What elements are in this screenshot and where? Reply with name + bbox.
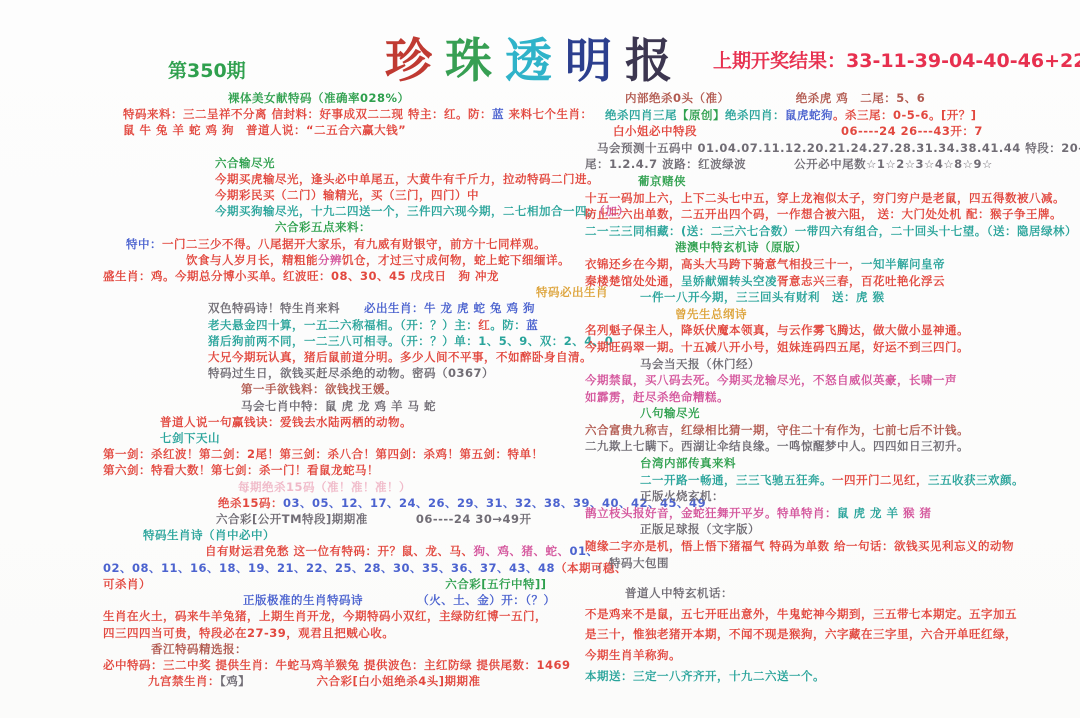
text-segment: 绝杀四肖： xyxy=(725,108,785,122)
text-segment: 白小姐必中特段 xyxy=(613,124,697,138)
text-segment: 一知半解问皇帝 xyxy=(861,257,945,271)
text-segment: 尾：1.2.4.7 波路：红波绿波 xyxy=(585,157,746,171)
text-segment: 葡京赌侠 xyxy=(638,174,686,188)
text-line: 一件一八开今期，三三回头有财利 送：虎 猴 xyxy=(585,289,1077,306)
text-line: 内部绝杀0头（准） 绝杀虎 鸡 二尾：5、6 xyxy=(585,90,1077,107)
text-line: 每期绝杀15码（准！准！准！） xyxy=(103,479,608,495)
text-segment: 大兄今期玩认真，猪后鼠前道分明。多少人间不平事，不如醉卧身自清。 xyxy=(208,350,592,364)
text-segment: 不是鸡来不是鼠，五七开旺出意外，牛鬼蛇神今期到，三五带七本期定。五字加五 xyxy=(585,607,1017,621)
text-line: 今期彩民买（二门）输精光，买（三门，四门）中 xyxy=(103,187,608,203)
text-line: 02、08、11、16、18、19、21、22、25、28、30、35、36、3… xyxy=(103,560,608,576)
text-line: 马会当天报（休门经） xyxy=(585,356,1077,373)
text-segment: 今期旺码翠一期。十五减八开小号，姐妹连码四五尾，好运不到三四门。 xyxy=(585,340,969,354)
issue-number: 第350期 xyxy=(168,56,246,83)
text-segment: 【鸡】 xyxy=(220,674,245,688)
text-line: 白小姐必中特段 06----24 26---43开：7 xyxy=(585,123,1077,140)
text-line: 今期生肖羊称狗。 xyxy=(585,647,1077,664)
text-line: 六合富贵九称吉，红绿相比猜一期，守住二十有作为，七前七后不计钱。 xyxy=(585,422,1077,439)
text-segment: 三五收获三欢颜。 xyxy=(928,473,1024,487)
text-segment xyxy=(746,157,794,171)
text-line: 鹊立枝头报好音，金蛇狂舞开平岁。特单特肖：鼠 虎 龙 羊 猴 猪 xyxy=(585,505,1077,522)
text-line: 自有财运君免愁 这一位有特码：开？鼠、龙、马、狗、鸡、猪、蛇、01、 xyxy=(103,543,608,559)
text-segment: 蓝 xyxy=(526,318,538,332)
text-line: 可杀肖） 六合彩[五行中特]] xyxy=(103,576,608,592)
text-segment: 绝杀虎 鸡 二尾：5、6 xyxy=(796,91,926,105)
text-segment: 台湾内部传真来料 xyxy=(640,456,736,470)
text-segment: 可杀肖） xyxy=(103,577,145,591)
text-line: 今期买狗输尽光，十九二四送一个，三件四六现今期，二七相加合一四。（加） xyxy=(103,203,608,219)
text-line: 特码生肖诗（肖中必中） xyxy=(103,527,608,543)
text-line: 普道人中特玄机话： xyxy=(585,585,1077,602)
text-segment: 马会当天报（休门经） xyxy=(640,357,760,371)
text-segment: 第一剑：杀红波！第二剑：2尾！第三剑：杀八合！第四剑：杀鸡！第五剑：特单！ xyxy=(103,447,544,461)
text-line: 第一手欲钱料：欲钱找王媛。 xyxy=(103,381,608,397)
text-line: 裸体美女献特码（准确率028%） xyxy=(103,90,608,106)
text-segment xyxy=(363,593,423,607)
text-line: 特码过生日，欲钱买赶尽杀绝的动物。密码（0367） xyxy=(103,365,608,381)
text-segment xyxy=(145,577,445,591)
text-segment: 猪后狗前两不同，一二三八可相寻。（开：？）单：1、5、9、双：2、4、0 xyxy=(208,334,613,348)
text-line: 秦楼楚馆处处通，呈娇献媚转头空凌胥意志兴三春，百花吐艳化浮云 xyxy=(585,273,1077,290)
text-line: 六合彩[公开TM特段]期期准 06----24 30→49开 xyxy=(103,511,608,527)
text-segment: 正版火烧玄机： xyxy=(640,489,724,503)
text-segment: 曾先生总纲诗 xyxy=(675,307,747,321)
text-line: 双色特码诗！特生肖来料 必出生肖：牛 龙 虎 蛇 兔 鸡 狗 xyxy=(103,300,608,316)
text-segment: 绝杀四肖三尾 xyxy=(605,108,677,122)
text-line: 名列魁子保主人，降妖伏魔本领真，与云作雾飞腾达，做大做小显神通。 xyxy=(585,322,1077,339)
text-segment: 必出生肖：牛 龙 虎 蛇 兔 鸡 狗 xyxy=(364,301,535,315)
page-title: 珍珠透明报 xyxy=(385,24,685,91)
text-line: 本期送：三定一八齐齐开，十九二六送一个。 xyxy=(585,668,1077,685)
text-segment: 鹊立枝头报好音，金蛇狂舞开平岁。特单特肖： xyxy=(585,506,837,520)
text-segment xyxy=(724,91,796,105)
text-segment: 06----24 26---43开：7 xyxy=(841,124,983,138)
text-segment: 鼠虎蛇狗 xyxy=(785,108,833,122)
text-line: 六合彩五点来料： xyxy=(103,219,608,235)
text-segment: 名列魁子保主人，降妖伏魔本领真，与云作雾飞腾达，做大做小显神通。 xyxy=(585,323,969,337)
text-line: 九宫禁生肖：【鸡】 六合彩[白小姐绝杀4头]期期准 xyxy=(103,673,608,689)
text-line: 盛生肖：鸡。今期总分博小买单。红波旺：08、30、45 戊戌日 狗 冲龙 xyxy=(103,268,608,284)
text-segment: 第一手欲钱料：欲钱找王媛。 xyxy=(241,382,397,396)
text-line: 二一三三同相藏：(送：二三六七合数）一带四六有组合，二十回头十七望。（送：隐居绿… xyxy=(585,223,1077,240)
text-segment: 衣锦还乡在今期，高头大马跨下骑意气相投三十一， xyxy=(585,257,861,271)
text-segment: 七剑下天山 xyxy=(160,431,220,445)
text-segment: 六合彩[白小姐绝杀4头]期期准 xyxy=(317,674,481,688)
text-segment: 二一三三同相藏：(送：二三六七合数）一带四六有组合，二十回头十七望。（送：隐居绿… xyxy=(585,224,1077,238)
text-segment: 一门二三少不得。八尾据开大家乐，有九威有财银守，前方十七同样观。 xyxy=(162,237,546,251)
text-segment: 如霹雳，赶尽杀绝命糟糕。 xyxy=(585,390,729,404)
text-line: 防止三六出单数，二五开出四个码，一作想合被六阻， 送：大门处处机 配：猴子争王牌… xyxy=(585,206,1077,223)
text-segment xyxy=(368,512,416,526)
text-segment: 六合彩[五行中特]] xyxy=(445,577,546,591)
text-segment: 特中： xyxy=(126,237,162,251)
text-segment: 02、08、11、16、18、19、21、22、25、28、30、35、36、3… xyxy=(103,561,555,575)
text-segment: 一四开门二见红， xyxy=(832,473,928,487)
text-segment: 来料七个生肖： xyxy=(504,107,593,121)
text-segment: 自有财运君免愁 这一位有特码：开？ xyxy=(205,544,402,558)
text-line: 特码必出生肖 xyxy=(103,284,608,300)
text-segment: 胥意志兴三春，百花吐艳化浮云 xyxy=(777,274,945,288)
text-segment: 。杀三尾：0-5-6。[开？] xyxy=(833,108,977,122)
text-segment: 特码生肖诗（肖中必中） xyxy=(143,528,275,542)
text-line: 普道人说一句赢钱诀：爱钱去水陆两栖的动物。 xyxy=(103,414,608,430)
text-segment: 必中特码：三二中奖 提供生肖：牛蛇马鸡羊猴兔 提供波色：主红防绿 提供尾数：14… xyxy=(103,658,571,672)
text-segment: 内部绝杀0头（准） xyxy=(625,91,724,105)
text-line: 第六剑：特看大数！第七剑：杀一门！看鼠龙蛇马！ xyxy=(103,462,608,478)
text-line: 绝杀15码：03、05、12、17、24、26、29、31、32、38、39、4… xyxy=(103,495,608,511)
text-segment: 一件一八开今期，三三回头有财利 送：虎 猴 xyxy=(640,290,885,304)
text-line: 台湾内部传真来料 xyxy=(585,455,1077,472)
text-segment: 九宫禁生肖： xyxy=(148,674,220,688)
text-line: 港澳中特玄机诗（原版） xyxy=(585,239,1077,256)
text-segment xyxy=(340,301,364,315)
left-column: 裸体美女献特码（准确率028%）特码来料：三二呈祥不分离 信封料：好事成双二二现… xyxy=(103,90,608,689)
text-segment: 裸体美女献特码（准确率028%） xyxy=(228,91,410,105)
text-line: 香江特码精选报： xyxy=(103,641,608,657)
text-segment: 猴 猪 xyxy=(899,506,932,520)
text-line: 尾：1.2.4.7 波路：红波绿波 公开必中尾数☆1☆2☆3☆4☆8☆9☆ xyxy=(585,156,1077,173)
text-segment: 特码过生日，欲钱买赶尽杀绝的动物。密码（0367） xyxy=(208,366,494,380)
text-segment: 呈娇献媚转头空凌 xyxy=(681,274,777,288)
text-segment: 十五一码加上六，上下二头七中五，穿上龙袍似太子，穷门穷户是老鼠，四五得数被八减。 xyxy=(585,191,1065,205)
text-segment: 八句输尽光 xyxy=(640,406,700,420)
text-line: 生肖在火土，码来牛羊兔猪，上期生肖开龙，今期特码小双红，主绿防红博一五门， xyxy=(103,608,608,624)
text-segment: 特码来料：三二呈祥不分离 信封料：好事成双二二现 特主：红。防： xyxy=(123,107,492,121)
text-segment: 老夫悬金四十算，一五二六称福相。（开：？）主： xyxy=(208,318,478,332)
text-segment: 盛生肖：鸡。今期总分博小买单。红波旺：08、30、45 戊戌日 狗 冲龙 xyxy=(103,269,499,283)
right-column: 内部绝杀0头（准） 绝杀虎 鸡 二尾：5、6绝杀四肖三尾【原创】绝杀四肖：鼠虎蛇… xyxy=(585,90,1077,684)
newspaper-page: 第350期 珍珠透明报 上期开奖结果：33-11-39-04-40-46+22 … xyxy=(0,0,1080,718)
text-segment: 今期买狗输尽光，十九二四送一个，三件四六现今期，二七相加合一四。 xyxy=(215,204,599,218)
text-segment: （火、土、金）开：（？） xyxy=(423,593,556,607)
text-segment: 今期彩民买（二门）输精光，买（三门，四门）中 xyxy=(215,188,479,202)
text-line: 大兄今期玩认真，猪后鼠前道分明。多少人间不平事，不如醉卧身自清。 xyxy=(103,349,608,365)
text-segment: 六合彩[公开TM特段]期期准 xyxy=(216,512,368,526)
text-segment: 饮食与人岁月长，精粗能 xyxy=(186,253,318,267)
text-line: 绝杀四肖三尾【原创】绝杀四肖：鼠虎蛇狗。杀三尾：0-5-6。[开？] xyxy=(585,107,1077,124)
text-segment: 今期买虎输尽光，逢头必中单尾五，大黄牛有千斤力，拉动特码二门进。 xyxy=(215,172,599,186)
text-segment: 鼠 牛 兔 羊 蛇 鸡 狗 普道人说：“二五合六赢大钱” xyxy=(123,123,406,137)
text-segment: 公开必中尾数☆1☆2☆3☆4☆8☆9☆ xyxy=(794,157,993,171)
text-segment: 防止三六出单数，二五开出四个码，一作想合被六阻， 送：大门处处机 配：猴子争王牌… xyxy=(585,207,1062,221)
text-line: 二一开路一畅通，三三飞驰五狂奔。一四开门二见红，三五收获三欢颜。 xyxy=(585,472,1077,489)
title-char: 珠 xyxy=(445,34,505,89)
text-segment: 生肖在火土，码来牛羊兔猪，上期生肖开龙，今期特码小双红，主绿防红博一五门， xyxy=(103,609,547,623)
text-segment: 普道人说一句赢钱诀：爱钱去水陆两栖的动物。 xyxy=(160,415,412,429)
text-line: 正版足球报（文字版） xyxy=(585,521,1077,538)
text-segment: 正版极准的生肖特码诗 xyxy=(243,593,363,607)
title-char: 报 xyxy=(625,34,685,89)
title-char: 透 xyxy=(505,34,565,89)
text-segment: 随缘二字亦是机，悟上悟下猪福气 特码为单数 给一句话：欲钱买见利忘义的动物 xyxy=(585,539,1014,553)
text-segment xyxy=(245,674,317,688)
text-line: 老夫悬金四十算，一五二六称福相。（开：？）主：红。防：蓝 xyxy=(103,317,608,333)
text-segment xyxy=(697,124,841,138)
text-segment: 六合输尽光 xyxy=(215,156,275,170)
text-segment: 今期禁鼠，买八码去死。今期买龙输尽光，不怒自威似英豪，长啸一声 xyxy=(585,373,957,387)
text-line: 是三十，惟独老猪开本期，不闻不现是猴狗，六字藏在三字里，六合开单旺红绿， xyxy=(585,626,1077,643)
text-line: 正版极准的生肖特码诗 （火、土、金）开：（？） xyxy=(103,592,608,608)
text-segment: 是三十，惟独老猪开本期，不闻不现是猴狗，六字藏在三字里，六合开单旺红绿， xyxy=(585,627,1017,641)
text-segment: 06----24 30→49开 xyxy=(416,512,532,526)
text-line: 今期旺码翠一期。十五减八开小号，姐妹连码四五尾，好运不到三四门。 xyxy=(585,339,1077,356)
text-segment: 狗、鸡、猪、蛇、 xyxy=(474,544,570,558)
title-char: 珍 xyxy=(385,34,445,89)
text-line: 马会七肖中特：鼠 虎 龙 鸡 羊 马 蛇 xyxy=(103,398,608,414)
text-segment: 普道人中特玄机话： xyxy=(625,586,733,600)
text-segment: 港澳中特玄机诗（原版） xyxy=(675,240,807,254)
text-line: 四三四四当可贵，特段必在27-39，观君且把贼心收。 xyxy=(103,625,608,641)
text-segment: 绝杀15码： xyxy=(218,496,283,510)
text-line: 正版火烧玄机： xyxy=(585,488,1077,505)
text-segment: 【原创】 xyxy=(677,108,725,122)
text-segment: 马会七肖中特：鼠 虎 龙 鸡 羊 马 蛇 xyxy=(241,399,436,413)
text-line: 必中特码：三二中奖 提供生肖：牛蛇马鸡羊猴兔 提供波色：主红防绿 提供尾数：14… xyxy=(103,657,608,673)
text-line: 八句输尽光 xyxy=(585,405,1077,422)
text-line: ，特码大包围 xyxy=(585,555,1077,572)
last-draw-result: 上期开奖结果：33-11-39-04-40-46+22 xyxy=(713,46,1080,73)
text-segment: 每期绝杀15码（准！准！准！） xyxy=(238,480,411,494)
text-line: 葡京赌侠 xyxy=(585,173,1077,190)
text-segment: 分辨 xyxy=(318,253,342,267)
text-line: 六合输尽光 xyxy=(103,155,608,171)
text-segment: 六合彩五点来料： xyxy=(275,220,371,234)
text-line: 不是鸡来不是鼠，五七开旺出意外，牛鬼蛇神今期到，三五带七本期定。五字加五 xyxy=(585,606,1077,623)
text-segment: 双色特码诗！特生肖来料 xyxy=(208,301,340,315)
text-line: 随缘二字亦是机，悟上悟下猪福气 特码为单数 给一句话：欲钱买见利忘义的动物 xyxy=(585,538,1077,555)
text-segment: 本期送：三定一八齐齐开，十九二六送一个。 xyxy=(585,669,825,683)
text-segment: 正版足球报（文字版） xyxy=(640,522,760,536)
text-segment: 红 xyxy=(478,318,490,332)
text-segment: 四三四四当可贵，特段必在27-39，观君且把贼心收。 xyxy=(103,626,394,640)
text-segment: 饥仓，才过三寸成何物，蛇上蛇下细缅详。 xyxy=(342,253,570,267)
text-line: 曾先生总纲诗 xyxy=(585,306,1077,323)
text-segment: 。防： xyxy=(490,318,526,332)
text-line: 马会预测十五码中 01.04.07.11.12.20.21.24.27.28.3… xyxy=(585,140,1077,157)
text-line: 特码来料：三二呈祥不分离 信封料：好事成双二二现 特主：红。防：蓝 来料七个生肖… xyxy=(103,106,608,122)
text-line: 猪后狗前两不同，一二三八可相寻。（开：？）单：1、5、9、双：2、4、0 xyxy=(103,333,608,349)
text-segment: ，特码大包围 xyxy=(597,556,669,570)
text-line: 特中：一门二三少不得。八尾据开大家乐，有九威有财银守，前方十七同样观。 xyxy=(103,236,608,252)
text-line: 七剑下天山 xyxy=(103,430,608,446)
text-segment: 秦楼楚馆处处通， xyxy=(585,274,681,288)
text-segment: 二一开路一畅通，三三飞驰五狂奔。 xyxy=(640,473,832,487)
text-segment: 马会预测十五码中 01.04.07.11.12.20.21.24.27.28.3… xyxy=(597,141,1080,155)
text-line: 衣锦还乡在今期，高头大马跨下骑意气相投三十一，一知半解问皇帝 xyxy=(585,256,1077,273)
text-line: 二九欺上七瞒下。西湖让伞结良缘。一鸣惊醒梦中人。四四如日三初升。 xyxy=(585,438,1077,455)
text-line: 第一剑：杀红波！第二剑：2尾！第三剑：杀八合！第四剑：杀鸡！第五剑：特单！ xyxy=(103,446,608,462)
text-segment: 今期生肖羊称狗。 xyxy=(585,648,681,662)
text-segment: 香江特码精选报： xyxy=(151,642,247,656)
title-char: 明 xyxy=(565,34,625,89)
text-line: 如霹雳，赶尽杀绝命糟糕。 xyxy=(585,389,1077,406)
text-segment: 鼠、龙、马、 xyxy=(402,544,474,558)
text-line: 今期禁鼠，买八码去死。今期买龙输尽光，不怒自威似英豪，长啸一声 xyxy=(585,372,1077,389)
text-line: 饮食与人岁月长，精粗能分辨饥仓，才过三寸成何物，蛇上蛇下细缅详。 xyxy=(103,252,608,268)
text-segment: 蓝 xyxy=(492,107,504,121)
text-line: 今期买虎输尽光，逢头必中单尾五，大黄牛有千斤力，拉动特码二门进。 xyxy=(103,171,608,187)
text-line: 鼠 牛 兔 羊 蛇 鸡 狗 普道人说：“二五合六赢大钱” xyxy=(103,122,608,138)
text-line: 十五一码加上六，上下二头七中五，穿上龙袍似太子，穷门穷户是老鼠，四五得数被八减。 xyxy=(585,190,1077,207)
text-segment: 六合富贵九称吉，红绿相比猜一期，守住二十有作为，七前七后不计钱。 xyxy=(585,423,969,437)
text-segment: 鼠 虎 龙 羊 xyxy=(837,506,899,520)
text-segment: 第六剑：特看大数！第七剑：杀一门！看鼠龙蛇马！ xyxy=(103,463,379,477)
text-segment: 二九欺上七瞒下。西湖让伞结良缘。一鸣惊醒梦中人。四四如日三初升。 xyxy=(585,439,969,453)
